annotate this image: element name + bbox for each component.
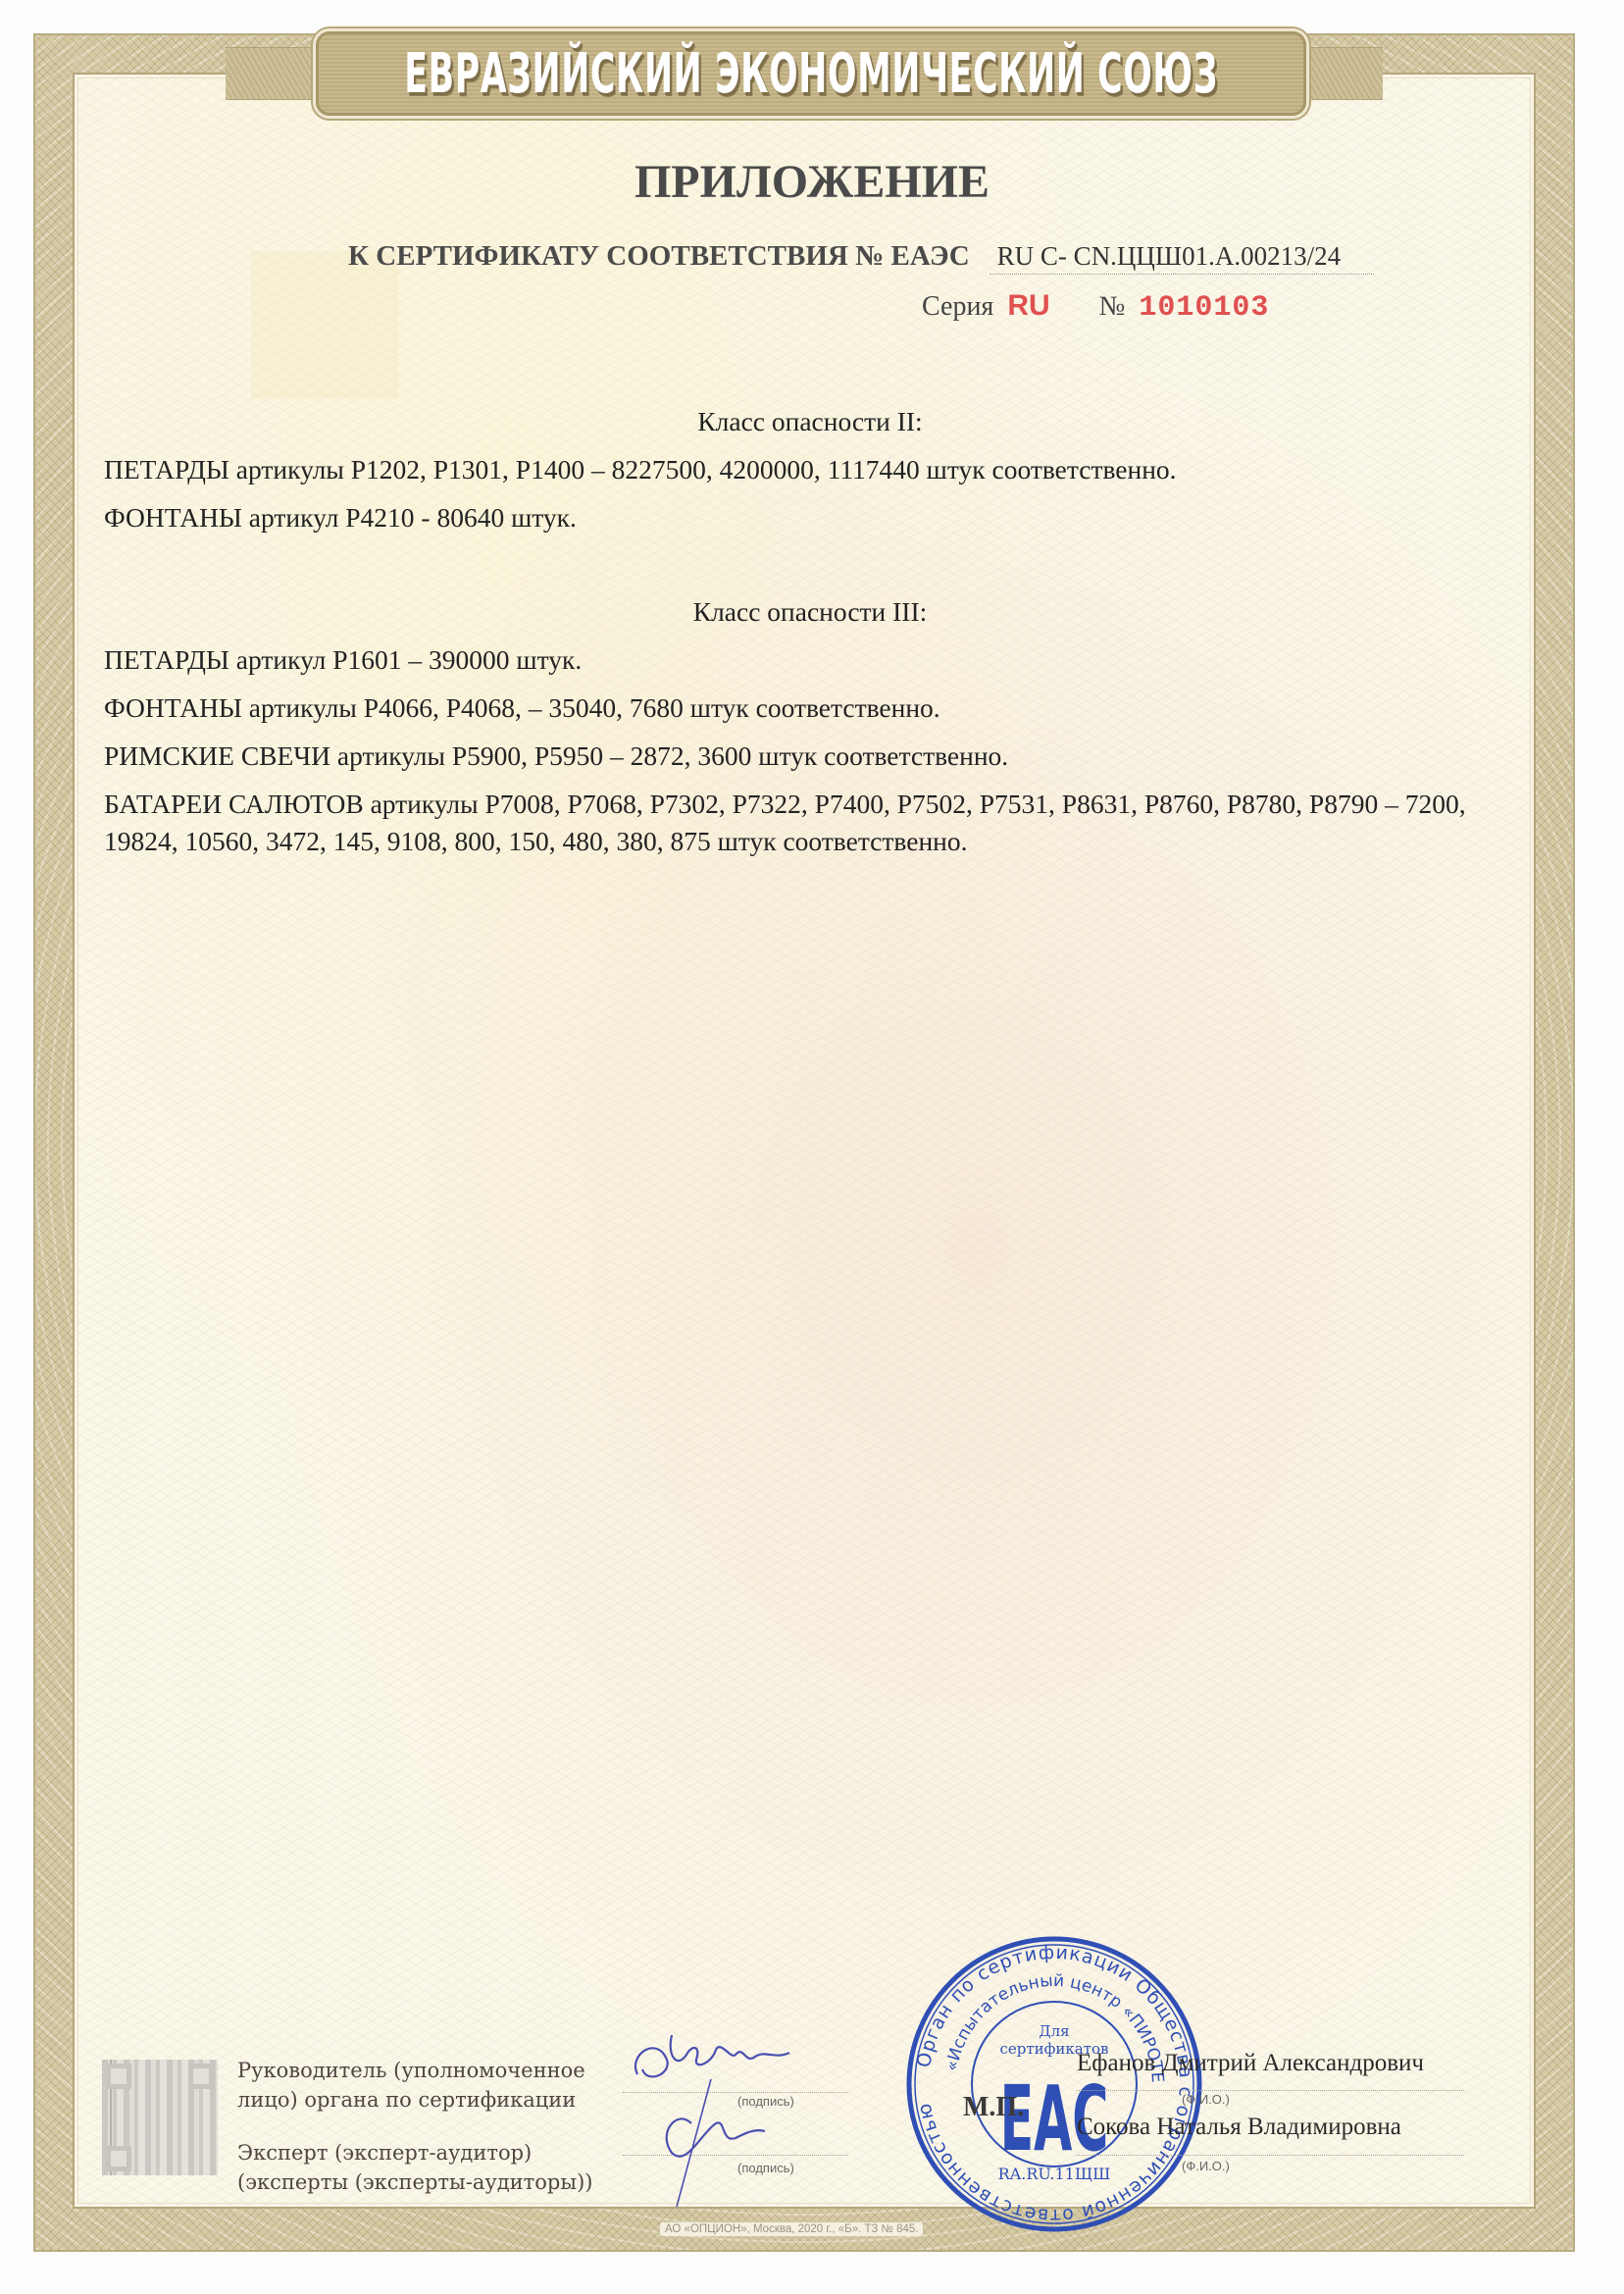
certificate-line: К СЕРТИФИКАТУ СООТВЕТСТВИЯ № ЕАЭС RU C- … bbox=[348, 240, 1374, 275]
hazard-class-heading: Класс опасности III: bbox=[104, 587, 1516, 636]
svg-text:RA.RU.11ЩШ: RA.RU.11ЩШ bbox=[998, 2165, 1111, 2183]
form-number-value: 1010103 bbox=[1139, 291, 1269, 325]
hazard-class-heading: Класс опасности II: bbox=[104, 397, 1516, 445]
expert-name-caption: (Ф.И.О.) bbox=[1182, 2159, 1230, 2173]
certificate-label: К СЕРТИФИКАТУ СООТВЕТСТВИЯ № ЕАЭС bbox=[348, 240, 970, 273]
expert-full-name: Сокова Наталья Владимировна bbox=[1077, 2114, 1401, 2141]
product-kind: БАТАРЕИ САЛЮТОВ bbox=[104, 789, 364, 819]
expert-role-label: Эксперт (эксперт-аудитор) (эксперты (экс… bbox=[237, 2138, 592, 2197]
product-details: артикулы Р1202, Р1301, Р1400 – 8227500, … bbox=[236, 454, 1177, 484]
document-title: ПРИЛОЖЕНИЕ bbox=[0, 155, 1624, 209]
union-name: ЕВРАЗИЙСКИЙ ЭКОНОМИЧЕСКИЙ СОЮЗ bbox=[404, 42, 1218, 106]
product-kind: ФОНТАНЫ bbox=[104, 502, 242, 533]
head-name-line bbox=[1077, 2090, 1464, 2091]
svg-text:Для: Для bbox=[1039, 2022, 1069, 2040]
head-name-caption: (Ф.И.О.) bbox=[1182, 2092, 1230, 2107]
document-body-frame bbox=[73, 73, 1536, 2209]
list-item: ФОНТАНЫ артикулы Р4066, Р4068, – 35040, … bbox=[104, 684, 1516, 732]
signatures-handwriting bbox=[618, 2015, 853, 2212]
list-item: БАТАРЕИ САЛЮТОВ артикулы Р7008, Р7068, Р… bbox=[104, 786, 1516, 860]
union-banner: ЕВРАЗИЙСКИЙ ЭКОНОМИЧЕСКИЙ СОЮЗ bbox=[316, 31, 1306, 116]
product-kind: ФОНТАНЫ bbox=[104, 692, 242, 723]
certificate-number: RU C- CN.ЦЦШ01.А.00213/24 bbox=[990, 241, 1374, 275]
series-line: Серия RU № 1010103 bbox=[922, 289, 1269, 325]
product-kind: ПЕТАРДЫ bbox=[104, 644, 229, 675]
expert-name-line bbox=[1077, 2155, 1464, 2156]
product-list: Класс опасности II: ПЕТАРДЫ артикулы Р12… bbox=[104, 397, 1516, 860]
product-kind: РИМСКИЕ СВЕЧИ bbox=[104, 740, 330, 771]
certification-stamp: Орган по сертификации Общества с огранич… bbox=[902, 1932, 1206, 2236]
head-role-label: Руководитель (уполномоченное лицо) орган… bbox=[237, 2056, 585, 2115]
list-item: РИМСКИЕ СВЕЧИ артикулы Р5900, Р5950 – 28… bbox=[104, 732, 1516, 780]
seal-placeholder: М.П. bbox=[963, 2092, 1024, 2123]
form-number-label: № bbox=[1099, 291, 1126, 323]
qr-code bbox=[102, 2060, 218, 2175]
product-details: артикул Р1601 – 390000 штук. bbox=[236, 644, 582, 675]
product-kind: ПЕТАРДЫ bbox=[104, 454, 229, 484]
head-full-name: Ефанов Дмитрий Александрович bbox=[1077, 2050, 1424, 2077]
product-details: артикулы Р4066, Р4068, – 35040, 7680 шту… bbox=[249, 692, 940, 723]
series-label: Серия bbox=[922, 291, 993, 323]
printer-imprint: АО «ОПЦИОН», Москва, 2020 г., «Б». ТЗ № … bbox=[660, 2222, 923, 2236]
list-item: ФОНТАНЫ артикул Р4210 - 80640 штук. bbox=[104, 493, 1516, 541]
product-details: артикулы Р5900, Р5950 – 2872, 3600 штук … bbox=[337, 740, 1008, 771]
list-item: ПЕТАРДЫ артикул Р1601 – 390000 штук. bbox=[104, 636, 1516, 684]
series-value: RU bbox=[1007, 289, 1049, 323]
list-item: ПЕТАРДЫ артикулы Р1202, Р1301, Р1400 – 8… bbox=[104, 445, 1516, 493]
product-details: артикул Р4210 - 80640 штук. bbox=[249, 502, 577, 533]
